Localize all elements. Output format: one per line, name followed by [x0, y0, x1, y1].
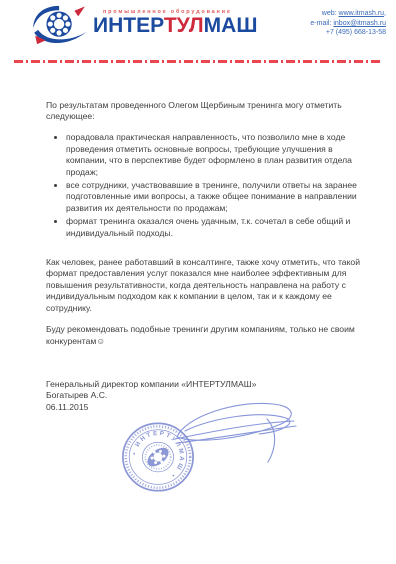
email-link[interactable]: inbox@itmash.ru	[333, 20, 386, 27]
contact-web-line: web: www.itmash.ru,	[310, 9, 386, 19]
bullet-item: все сотрудники, участвовавшие в тренинге…	[66, 180, 370, 214]
email-label: e-mail:	[310, 20, 333, 27]
director-title: Генеральный директор компании «ИНТЕРТУЛМ…	[46, 379, 370, 390]
letter-body: По результатам проведенного Олегом Щерби…	[46, 100, 370, 414]
phone-number: +7 (495) 668-13-58	[310, 28, 386, 38]
letter-date: 06.11.2015	[46, 402, 370, 413]
bullet-item: порадовала практическая направленность, …	[66, 132, 370, 178]
brand-name: ИНТЕРТУЛМАШ	[93, 15, 257, 37]
brand-part-inter: ИНТЕР	[93, 14, 164, 37]
stamp-ring-text: • ИНТЕРТУЛМАШ •	[131, 430, 185, 480]
brand-part-mash: МАШ	[204, 14, 258, 37]
company-logo: промышленное оборудование ИНТЕРТУЛМАШ	[30, 5, 257, 48]
bullet-item: формат тренинга оказался очень удачным, …	[66, 216, 370, 239]
contact-block: web: www.itmash.ru, e-mail: inbox@itmash…	[310, 5, 388, 38]
bullet-list: порадовала практическая направленность, …	[46, 132, 370, 239]
intro-paragraph: По результатам проведенного Олегом Щерби…	[46, 100, 370, 123]
letterhead: промышленное оборудование ИНТЕРТУЛМАШ we…	[0, 0, 396, 48]
consulting-paragraph: Как человек, ранее работавший в консалти…	[46, 257, 370, 314]
letter-page: промышленное оборудование ИНТЕРТУЛМАШ we…	[0, 0, 396, 564]
contact-email-line: e-mail: inbox@itmash.ru	[310, 19, 386, 29]
web-suffix: ,	[384, 10, 386, 17]
recommend-paragraph: Буду рекомендовать подобные тренинги дру…	[46, 324, 370, 347]
director-name: Богатырев А.С.	[46, 390, 370, 401]
bearing-logo-icon	[30, 5, 92, 48]
brand-part-tul: ТУЛ	[164, 14, 204, 37]
svg-text:• ИНТЕРТУЛМАШ •: • ИНТЕРТУЛМАШ •	[131, 430, 185, 480]
website-link[interactable]: www.itmash.ru	[339, 10, 385, 17]
web-label: web:	[322, 10, 339, 17]
company-stamp: • ИНТЕРТУЛМАШ •	[119, 420, 197, 494]
brand-block: промышленное оборудование ИНТЕРТУЛМАШ	[93, 5, 257, 37]
dash-dot-divider	[14, 60, 383, 63]
